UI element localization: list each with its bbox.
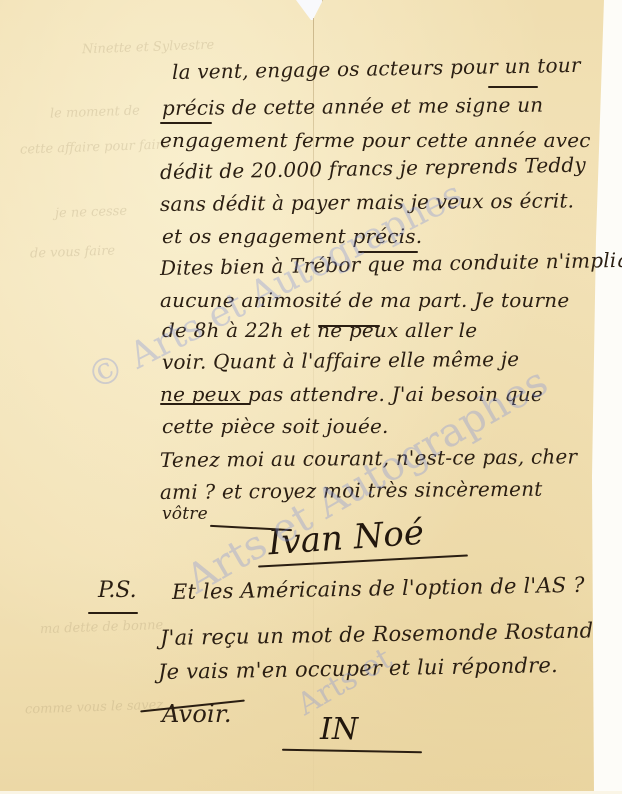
scan-margin	[582, 0, 622, 794]
underline-stroke	[358, 251, 418, 253]
letter-line: précis de cette année et me signe un	[162, 93, 544, 120]
letter-page: Ninette et Sylvestre le moment de cette …	[0, 0, 622, 794]
bleed-through-line: comme vous le savez	[25, 698, 164, 718]
letter-line: vôtre	[162, 504, 208, 524]
initials-underline	[282, 749, 422, 753]
postscript-underline	[88, 612, 138, 614]
letter-line: sans dédit à payer mais je veux os écrit…	[160, 188, 574, 216]
letter-line: voir. Quant à l'affaire elle même je	[162, 347, 519, 374]
letter-line: cette pièce soit jouée.	[162, 414, 389, 438]
bleed-through-line: le moment de	[50, 103, 140, 121]
bleed-through-heading: Ninette et Sylvestre	[82, 38, 215, 58]
bleed-through-line: je ne cesse	[55, 204, 128, 222]
underline-stroke	[160, 403, 250, 405]
postscript-line: Et les Américains de l'option de l'AS ?	[172, 573, 585, 604]
postscript-initials: IN	[320, 712, 358, 747]
letter-line: engagement ferme pour cette année avec	[160, 128, 591, 152]
underline-stroke	[160, 122, 212, 124]
letter-text: la vent, engage os acteurs pour un tour	[172, 53, 581, 84]
bleed-through-line: cette affaire pour faire	[20, 137, 170, 157]
letter-line: et os engagement précis.	[162, 224, 422, 248]
letter-line: Tenez moi au courant, n'est-ce pas, cher	[160, 444, 577, 472]
letter-line: ami ? et croyez moi très sincèrement	[160, 477, 543, 504]
postscript-line: Je vais m'en occuper et lui répondre.	[158, 653, 558, 684]
watermark: Arts et	[291, 641, 398, 723]
letter-line: la vent, engage os acteurs pour un tour	[172, 53, 581, 84]
paper-tear	[296, 0, 323, 20]
underline-stroke	[488, 86, 538, 88]
bleed-through-line: de vous faire	[30, 244, 116, 262]
postscript-label: P.S.	[98, 578, 137, 603]
letter-line: dédit de 20.000 francs je reprends Teddy	[160, 153, 586, 184]
letter-line: de 8h à 22h et ne peux aller le	[162, 318, 477, 342]
bleed-through-line: ma dette de bonne	[40, 618, 164, 637]
letter-line: aucune animosité de ma part. Je tourne	[160, 288, 569, 312]
underline-stroke	[318, 325, 380, 327]
signature: Ivan Noé	[267, 513, 425, 564]
postscript-line: J'ai reçu un mot de Rosemonde Rostand	[160, 618, 594, 650]
